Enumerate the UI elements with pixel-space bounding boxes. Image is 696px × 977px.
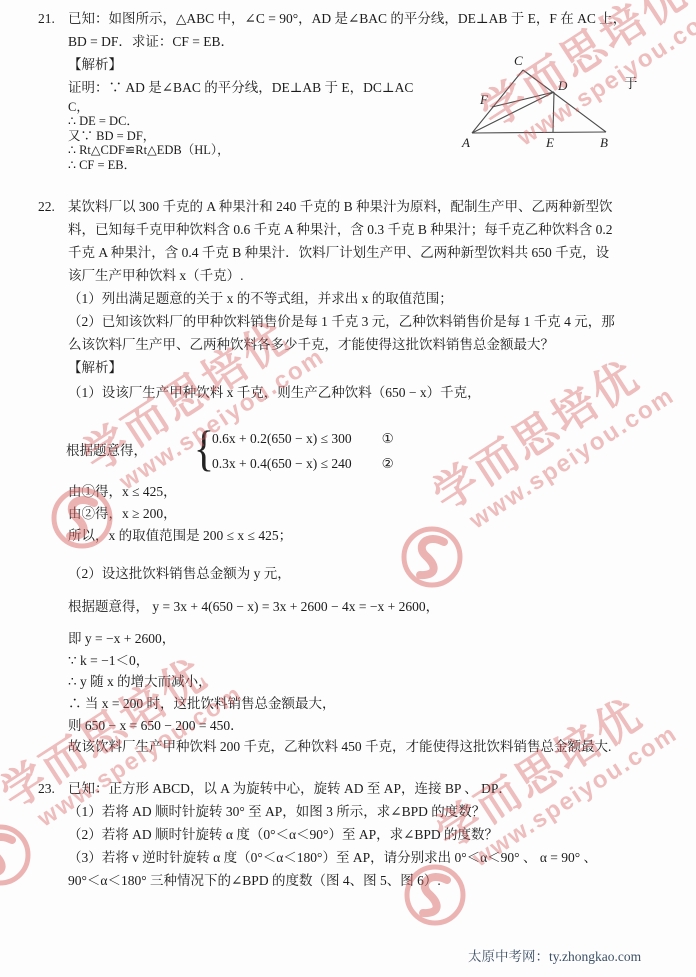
problem22-part2-step: ∵ k = −1＜0， [68, 652, 149, 669]
problem22-part2-step: ∴ 当 x = 200 时，这批饮料销售总金额最大， [68, 695, 336, 712]
problem21-proof-intro: 证明：∵ AD 是∠BAC 的平分线，DE⊥AB 于 E，DC⊥AC [68, 79, 413, 96]
problem22-part2-step: ∴ y 随 x 的增大而减小， [68, 673, 212, 690]
problem21-proof-step: 又∵ BD = DF， [68, 129, 155, 144]
problem22-part2-intro: （2）设这批饮料销售总金额为 y 元， [68, 565, 291, 582]
problem22-part1-step: 由②得，x ≥ 200， [68, 505, 177, 522]
problem22-statement-line-6: （2）已知该饮料厂的甲种饮料销售价是每 1 千克 3 元，乙种饮料销售价是每 1… [68, 313, 615, 330]
inequality-tag: ② [382, 456, 394, 472]
figure-label-E: E [545, 135, 554, 150]
problem22-number: 22. [38, 198, 55, 215]
speiyou-logo-icon [0, 823, 32, 887]
problem23-statement-line-1: 23. 已知：正方形 ABCD，以 A 为旋转中心，旋转 AD 至 AP，连接 … [68, 780, 512, 797]
problem21-proof-step: C， [68, 100, 89, 115]
figure-label-C: C [514, 53, 523, 68]
triangle-figure: A B C D E F [448, 52, 620, 152]
problem22-part1-step: 由①得，x ≤ 425， [68, 483, 177, 500]
inequality-formula: 0.3x + 0.4(650 − x) ≤ 240 [212, 456, 352, 472]
problem23-statement-line-5: 90°＜α＜180° 三种情况下的∠BPD 的度数（图 4、图 5、图 6）. [68, 872, 441, 889]
problem22-statement-line-2: 料，已知每千克甲种饮料含 0.6 千克 A 种果汁，含 0.3 千克 B 种果汁… [68, 221, 613, 238]
figure-label-A: A [461, 135, 470, 150]
problem21-proof-step: ∴ Rt△CDF≌Rt△EDB（HL）， [68, 143, 230, 158]
inequality-tag: ① [382, 431, 394, 447]
problem22-part2-step: 则 650 − x = 650 − 200 = 450． [68, 717, 244, 734]
system-label: 根据题意得， [66, 439, 147, 459]
problem22-part1-step: 所以，x 的取值范围是 200 ≤ x ≤ 425； [68, 527, 292, 544]
problem21-analysis-label: 【解析】 [68, 56, 122, 73]
problem22-statement-line-3: 千克 A 种果汁，含 0.4 千克 B 种果汁．饮料厂计划生产甲、乙两种新型饮料… [68, 244, 609, 261]
problem22-statement-line-7: 么该饮料厂生产甲、乙两种饮料各多少千克，才能使得这批饮料销售总金额最大？ [68, 336, 554, 353]
problem21-wrapped-char: 于 [624, 72, 638, 92]
problem22-statement-line-4: 该厂生产甲种饮料 x（千克）. [68, 267, 244, 284]
problem23-number: 23. [38, 780, 55, 797]
problem22-analysis-label: 【解析】 [68, 359, 122, 376]
problem23-statement-line-2: （1）若将 AD 顺时针旋转 30° 至 AP，如图 3 所示，求∠BPD 的度… [68, 803, 485, 820]
problem23-statement-line-3: （2）若将 AD 顺时针旋转 α 度（0°＜α＜90°）至 AP，求∠BPD 的… [68, 826, 498, 843]
problem22-statement-line-5: （1）列出满足题意的关于 x 的不等式组，并求出 x 的取值范围； [68, 290, 453, 307]
inequality-system: 根据题意得， { 0.6x + 0.2(650 − x) ≤ 300 ① 0.3… [66, 426, 486, 478]
watermark-url-text: www.speiyou.com [465, 383, 679, 535]
problem22-statement-line-1: 22. 某饮料厂以 300 千克的 A 种果汁和 240 千克的 B 种果汁为原… [68, 198, 613, 215]
problem22-part2-equation: 根据题意得， y = 3x + 4(650 − x) = 3x + 2600 −… [68, 598, 439, 615]
inequality-formula: 0.6x + 0.2(650 − x) ≤ 300 [212, 431, 352, 447]
inequality-row: 0.6x + 0.2(650 − x) ≤ 300 ① [212, 426, 394, 451]
problem21-proof-step: ∴ DE = DC． [68, 114, 139, 129]
problem21-statement-line-1: 21. 已知：如图所示，△ABC 中，∠C = 90°，AD 是∠BAC 的平分… [68, 10, 626, 27]
page: 学而思培优 www.speiyou.com 学而思培优 www.speiyou.… [0, 0, 696, 977]
problem22-part2-step: 即 y = −x + 2600， [68, 630, 175, 647]
problem22-part1-intro: （1）设该厂生产甲种饮料 x 千克，则生产乙种饮料（650 − x）千克， [68, 384, 481, 401]
footer-site-text: 太原中考网：ty.zhongkao.com [468, 945, 641, 965]
problem21-number: 21. [38, 10, 55, 27]
problem21-proof-step: ∴ CF = EB． [68, 158, 136, 173]
problem23-statement-line-4: （3）若将 v 逆时针旋转 α 度（0°＜α＜180°）至 AP，请分别求出 0… [68, 849, 597, 866]
problem22-part2-step: 故该饮料厂生产甲种饮料 200 千克，乙种饮料 450 千克，才能使得这批饮料销… [68, 738, 611, 755]
figure-label-F: F [479, 92, 489, 107]
inequality-row: 0.3x + 0.4(650 − x) ≤ 240 ② [212, 451, 394, 476]
problem21-statement-line-2: BD = DF．求证：CF = EB． [68, 33, 234, 50]
figure-label-B: B [600, 135, 608, 150]
figure-label-D: D [557, 78, 568, 93]
speiyou-logo-icon [400, 525, 464, 589]
